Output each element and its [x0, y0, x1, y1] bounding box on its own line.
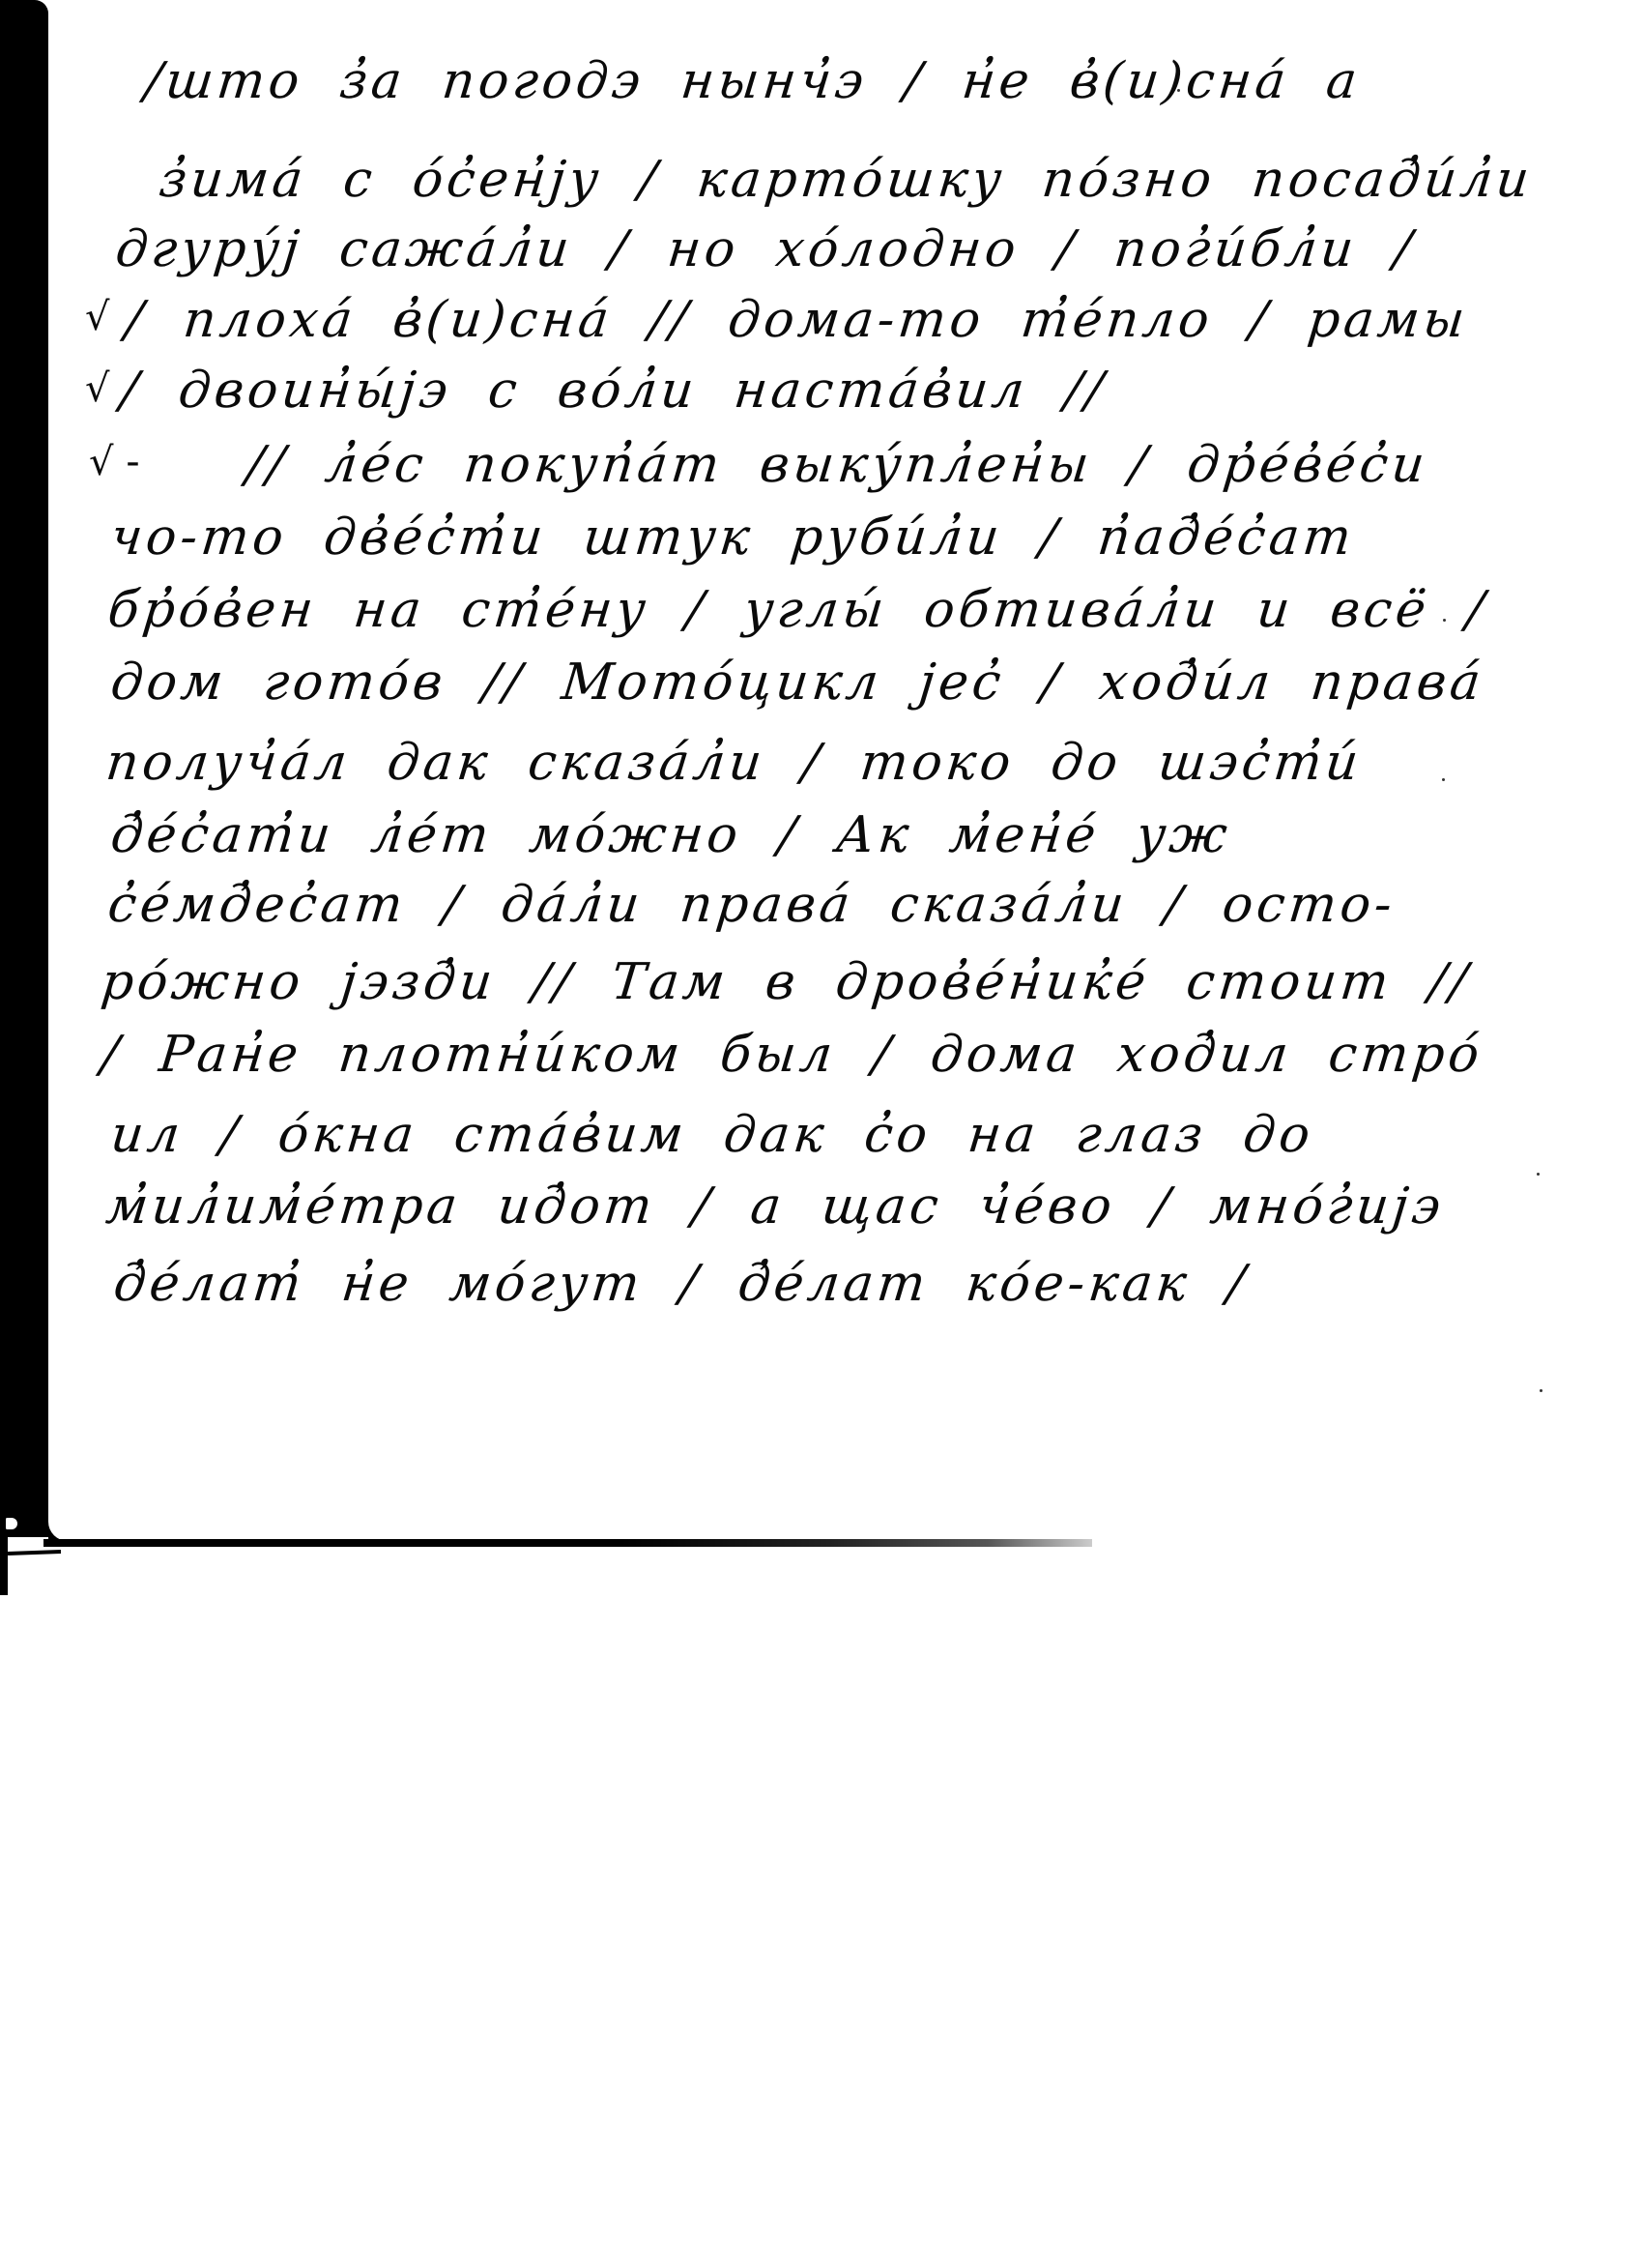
scan-speck [1442, 778, 1445, 781]
page-bottom-edge-shadow [8, 1550, 61, 1556]
handwritten-line-3: дгуру́ј сажа́л̓и / но хо́лодно / пог̓и́б… [113, 224, 1418, 275]
scan-speck [1537, 1173, 1540, 1176]
scan-speck [1177, 89, 1180, 92]
handwritten-line-12: с̓е́мд̓ес̓ат / да́л̓и права́ сказа́л̓и /… [105, 880, 1398, 930]
scan-left-border [0, 0, 48, 1537]
handwritten-line-10: получ̓а́л дак сказа́л̓и / токо до шэс̓т̓… [103, 738, 1364, 788]
scan-speck [1540, 1389, 1542, 1392]
scan-speck [1443, 619, 1446, 622]
handwritten-line-13: ро́жно јэзд̓и // Там в дров̓е́н̓ик̓е́ ст… [99, 957, 1473, 1007]
handwritten-line-15: ил / о́кна ста́в̓им дак с̓о на глаз до [108, 1110, 1315, 1160]
handwritten-line-5: / двоин̓ы́јэ с во́л̓и наста́в̓ил // [118, 365, 1109, 416]
handwritten-line-9: дом гото́в // Мото́цикл јес̓ / ход̓и́л п… [108, 657, 1486, 708]
handwritten-line-7: чо-то дв̓е́с̓т̓и штук руби́л̓и / п̓ад̓е́… [108, 512, 1357, 563]
handwritten-line-17: д̓е́лат̓ н̓е мо́гут / д̓е́лат ко́е-как / [111, 1259, 1251, 1309]
handwritten-line-14: / Ран̓е плотн̓и́ком был / дома ход̓ил ст… [99, 1030, 1484, 1080]
page-bottom-edge [43, 1539, 1092, 1547]
scan-border-tail [0, 1537, 8, 1595]
scan-border-notch [6, 1518, 17, 1529]
margin-check-mark: √ - [89, 443, 140, 481]
handwritten-line-2: з̓има́ с о́с̓ен̓ју / карто́шку по́зно по… [157, 155, 1535, 205]
scanned-page: √ √ √ - /што з̓а погодэ нынч̓э / н̓е в̓(… [0, 0, 1643, 2268]
handwritten-line-11: д̓е́с̓ат̓и л̓е́т мо́жно / Ак м̓ен̓е́ уж [108, 810, 1233, 860]
handwritten-line-1: /што з̓а погодэ нынч̓э / н̓е в̓(и)сна́ а [142, 56, 1363, 106]
handwritten-line-6: // л̓е́с покуп̓а́т выку́пл̓ен̓ы / др̓е́в… [244, 440, 1430, 490]
handwritten-line-4: / плоха́ в̓(и)сна́ // дома-то т̓е́пло / … [123, 295, 1470, 345]
margin-check-mark: √ [85, 298, 110, 336]
handwritten-line-16: м̓ил̓им̓е́тра ид̓от / а щас ч̓е́во / мно… [103, 1181, 1447, 1232]
margin-check-mark: √ [85, 369, 110, 408]
handwritten-line-8: бр̓о́в̓ен на ст̓е́ну / углы́ обтива́л̓и … [105, 585, 1490, 635]
